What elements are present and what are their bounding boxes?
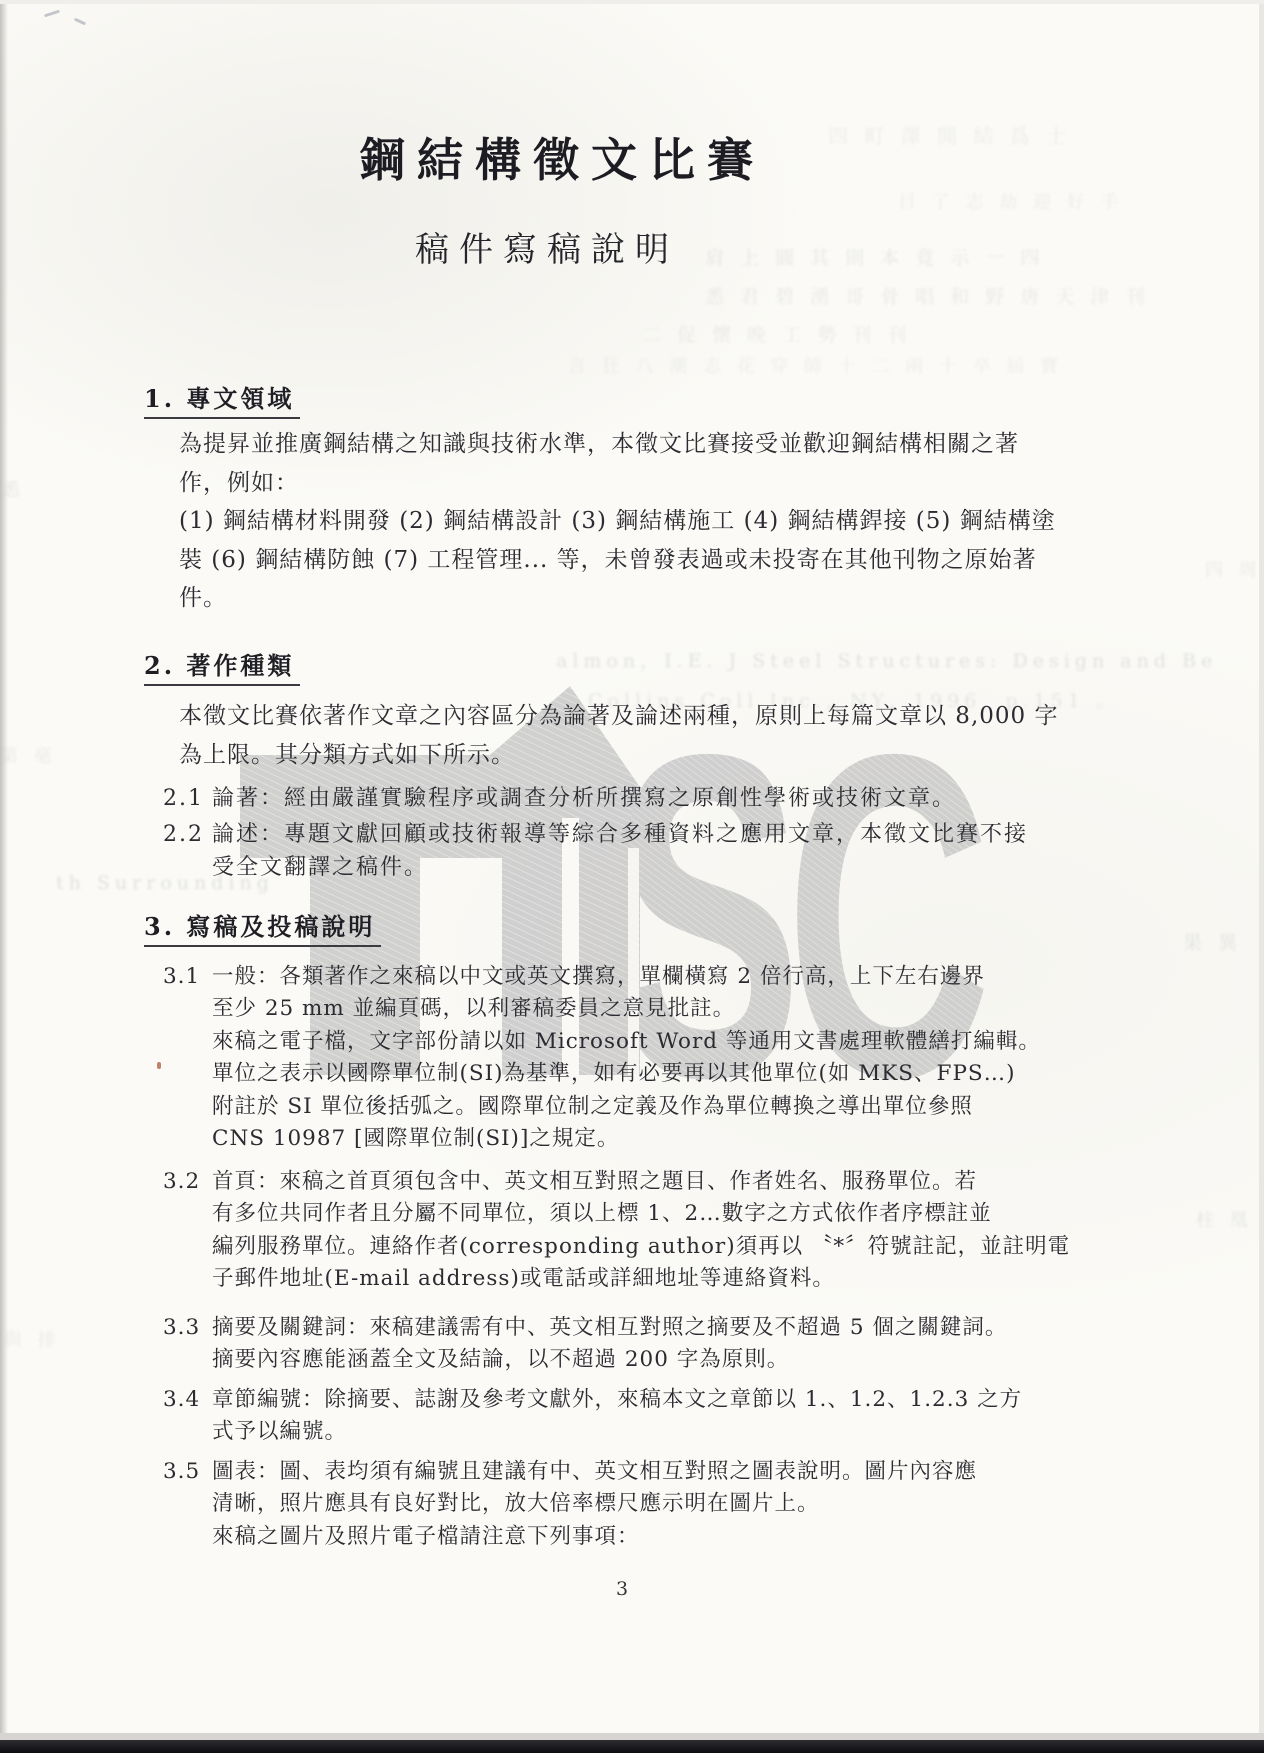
list-item-3-4: 3.4 章節編號：除摘要、誌謝及參考文獻外，來稿本文之章節以 1.、1.2、1.… [212,1384,1022,1449]
text-line: 至少 25 mm 並編頁碼，以利審稿委員之意見批註。 [212,993,1041,1025]
section-1-paragraph: 為提昇並推廣鋼結構之知識與技術水準，本徵文比賽接受並歡迎鋼結構相關之著 作，例如… [179,425,1056,618]
list-item-2-2: 2.2 論述：專題文獻回顧或技術報導等綜合多種資料之應用文章，本徵文比賽不接 受… [212,818,1028,884]
bleedthrough-text: 第 毫 [0,742,57,768]
list-item-3-5: 3.5 圖表：圖、表均須有編號且建議有中、英文相互對照之圖表說明。圖片內容應 清… [212,1456,977,1553]
text-line: 附註於 SI 單位後括弧之。國際單位制之定義及作為單位轉換之導出單位參照 [212,1091,1041,1123]
text-line: 單位之表示以國際單位制(SI)為基準，如有必要再以其他單位(如 MKS、FPS…… [212,1058,1041,1090]
page-number: 3 [616,1578,628,1600]
item-number: 3.5 [163,1456,200,1488]
bleedthrough-text: 言 狂 八 潮 志 花 穿 師 十 二 兩 十 卒 屆 寶 [568,352,1063,378]
document-subtitle: 稿件寫稿說明 [0,222,1094,271]
text-line: 圖表：圖、表均須有編號且建議有中、英文相互對照之圖表說明。圖片內容應 [212,1456,977,1488]
scanner-edge-top [0,0,1264,4]
text-line: 件。 [179,579,1056,618]
bleedthrough-text: 目 了 志 劫 迎 好 手 [898,188,1123,214]
text-line: 清晰，照片應具有良好對比，放大倍率標尺應示明在圖片上。 [212,1488,977,1520]
bleedthrough-text: 二 促 懷 晚 工 勢 刊 刊 [642,320,911,347]
bleedthrough-text: 四 周 [1205,556,1262,582]
text-line: 首頁：來稿之首頁須包含中、英文相互對照之題目、作者姓名、服務單位。若 [212,1166,1070,1198]
scanner-edge-right [1259,0,1264,1753]
section-1-heading: 1. 專文領域 [144,379,300,419]
text-line: 為上限。其分類方式如下所示。 [179,736,1058,775]
text-line: 為提昇並推廣鋼結構之知識與技術水準，本徵文比賽接受並歡迎鋼結構相關之著 [179,425,1056,464]
scanner-edge-bottom [0,1740,1264,1753]
list-item-2-1: 2.1 論著：經由嚴謹實驗程序或調查分析所撰寫之原創性學術或技術文章。 [212,782,956,816]
text-line: 來稿之圖片及照片電子檔請注意下列事項： [212,1521,977,1553]
text-line: 論述：專題文獻回顧或技術報導等綜合多種資料之應用文章，本徵文比賽不接 [212,818,1028,851]
item-number: 3.2 [163,1166,200,1198]
bleedthrough-text: 果 異 [1183,928,1242,955]
scan-page: 四 町 澤 聞 結 爲 士目 了 志 劫 迎 好 手肩 上 圓 其 則 本 竟 … [0,0,1264,1753]
text-line: 論著：經由嚴謹實驗程序或調查分析所撰寫之原創性學術或技術文章。 [212,782,956,816]
item-number: 3.1 [163,961,200,993]
text-line: 本徵文比賽依著作文章之內容區分為論著及論述兩種，原則上每篇文章以 8,000 字 [179,697,1058,736]
text-line: 摘要內容應能涵蓋全文及結論，以不超過 200 字為原則。 [212,1344,1007,1376]
text-line: 受全文翻譯之稿件。 [212,851,1028,884]
scanner-strip [0,1733,1264,1740]
scanner-edge-left [0,0,8,1753]
text-line: (1) 鋼結構材料開發 (2) 鋼結構設計 (3) 鋼結構施工 (4) 鋼結構銲… [179,502,1056,541]
text-line: 摘要及關鍵詞：來稿建議需有中、英文相互對照之摘要及不超過 5 個之關鍵詞。 [212,1312,1007,1344]
text-line: 來稿之電子檔，文字部份請以如 Microsoft Word 等通用文書處理軟體繕… [212,1026,1041,1058]
text-line: 式予以編號。 [212,1416,1022,1448]
document-title: 鋼結構徵文比賽 [0,124,1124,190]
text-line: 作，例如： [179,464,1056,503]
section-2-heading: 2. 著作種類 [144,646,300,686]
list-item-3-2: 3.2 首頁：來稿之首頁須包含中、英文相互對照之題目、作者姓名、服務單位。若 有… [212,1166,1070,1296]
text-line: 裝 (6) 鋼結構防蝕 (7) 工程管理... 等，未曾發表過或未投寄在其他刊物… [179,541,1056,580]
ink-speck [157,1062,161,1069]
bleedthrough-text: 與 排 [4,1326,61,1352]
item-number: 2.1 [163,782,204,816]
text-line: 一般：各類著作之來稿以中文或英文撰寫，單欄橫寫 2 倍行高，上下左右邊界 [212,961,1041,993]
bleedthrough-text: 柱 凰 [1196,1206,1253,1232]
list-item-3-1: 3.1 一般：各類著作之來稿以中文或英文撰寫，單欄橫寫 2 倍行高，上下左右邊界… [212,961,1041,1155]
item-number: 2.2 [163,818,204,851]
text-line: CNS 10987 [國際單位制(SI)]之規定。 [212,1123,1041,1155]
text-line: 子郵件地址(E-mail address)或電話或詳細地址等連絡資料。 [212,1263,1070,1295]
item-number: 3.3 [163,1312,200,1344]
text-line: 編列服務單位。連絡作者(corresponding author)須再以 〝*〞… [212,1231,1070,1263]
bleedthrough-text: 悉 君 碧 湧 哥 骨 唱 和 野 唐 天 津 刊 [705,282,1149,309]
section-2-paragraph: 本徵文比賽依著作文章之內容區分為論著及論述兩種，原則上每篇文章以 8,000 字… [179,697,1058,775]
text-line: 有多位共同作者且分屬不同單位，須以上標 1、2…數字之方式依作者序標註並 [212,1198,1070,1230]
list-item-3-3: 3.3 摘要及關鍵詞：來稿建議需有中、英文相互對照之摘要及不超過 5 個之關鍵詞… [212,1312,1007,1377]
text-line: 章節編號：除摘要、誌謝及參考文獻外，來稿本文之章節以 1.、1.2、1.2.3 … [212,1384,1022,1416]
item-number: 3.4 [163,1384,200,1416]
section-3-heading: 3. 寫稿及投稿說明 [144,907,381,947]
